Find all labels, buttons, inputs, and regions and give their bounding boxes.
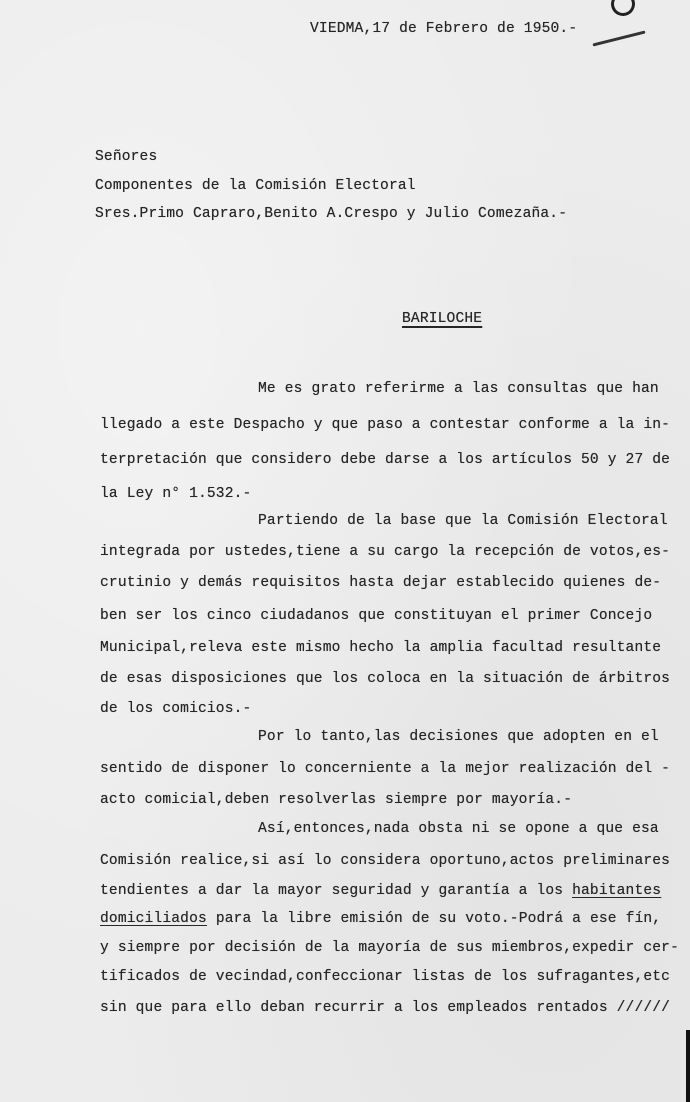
recipient-line: Componentes de la Comisión Electoral bbox=[95, 177, 416, 195]
paragraph-line: Así,entonces,nada obsta ni se opone a qu… bbox=[258, 820, 659, 838]
paragraph-line: Comisión realice,si así lo considera opo… bbox=[100, 852, 670, 870]
salutation: Señores bbox=[95, 148, 157, 166]
paragraph-line: tificados de vecindad,confeccionar lista… bbox=[100, 968, 670, 986]
handwritten-stroke-icon bbox=[592, 31, 645, 47]
paragraph-line: domiciliados para la libre emisión de su… bbox=[100, 910, 661, 928]
document-page: VIEDMA,17 de Febrero de 1950.- Señores C… bbox=[0, 0, 690, 1102]
paragraph-line: sin que para ello deban recurrir a los e… bbox=[100, 999, 670, 1017]
paragraph-line: Partiendo de la base que la Comisión Ele… bbox=[258, 512, 668, 530]
scan-edge-mark bbox=[686, 1030, 690, 1102]
paragraph-line: sentido de disponer lo concerniente a la… bbox=[100, 760, 670, 778]
paragraph-line: ben ser los cinco ciudadanos que constit… bbox=[100, 607, 652, 625]
recipient-line: Sres.Primo Capraro,Benito A.Crespo y Jul… bbox=[95, 205, 567, 223]
paragraph-line: de esas disposiciones que los coloca en … bbox=[100, 670, 670, 688]
line-text: tendientes a dar la mayor seguridad y ga… bbox=[100, 883, 572, 899]
paragraph-line: tendientes a dar la mayor seguridad y ga… bbox=[100, 882, 661, 900]
paragraph-line: y siempre por decisión de la mayoría de … bbox=[100, 939, 679, 957]
paragraph-line: integrada por ustedes,tiene a su cargo l… bbox=[100, 543, 670, 561]
underlined-word: domiciliados bbox=[100, 911, 207, 927]
paragraph-line: crutinio y demás requisitos hasta dejar … bbox=[100, 574, 661, 592]
paragraph-line: acto comicial,deben resolverlas siempre … bbox=[100, 791, 572, 809]
line-text: para la libre emisión de su voto.-Podrá … bbox=[216, 911, 661, 927]
handwritten-mark-icon bbox=[608, 0, 639, 19]
paragraph-line: Me es grato referirme a las consultas qu… bbox=[258, 380, 659, 398]
paragraph-line: la Ley n° 1.532.- bbox=[100, 485, 251, 503]
paragraph-line: de los comicios.- bbox=[100, 700, 251, 718]
underlined-word: habitantes bbox=[572, 883, 661, 899]
subject-heading: BARILOCHE bbox=[402, 310, 482, 328]
paragraph-line: llegado a este Despacho y que paso a con… bbox=[100, 416, 670, 434]
paragraph-line: terpretación que considero debe darse a … bbox=[100, 451, 670, 469]
paragraph-line: Por lo tanto,las decisiones que adopten … bbox=[258, 728, 659, 746]
paragraph-line: Municipal,releva este mismo hecho la amp… bbox=[100, 639, 661, 657]
date-line: VIEDMA,17 de Febrero de 1950.- bbox=[310, 20, 577, 38]
